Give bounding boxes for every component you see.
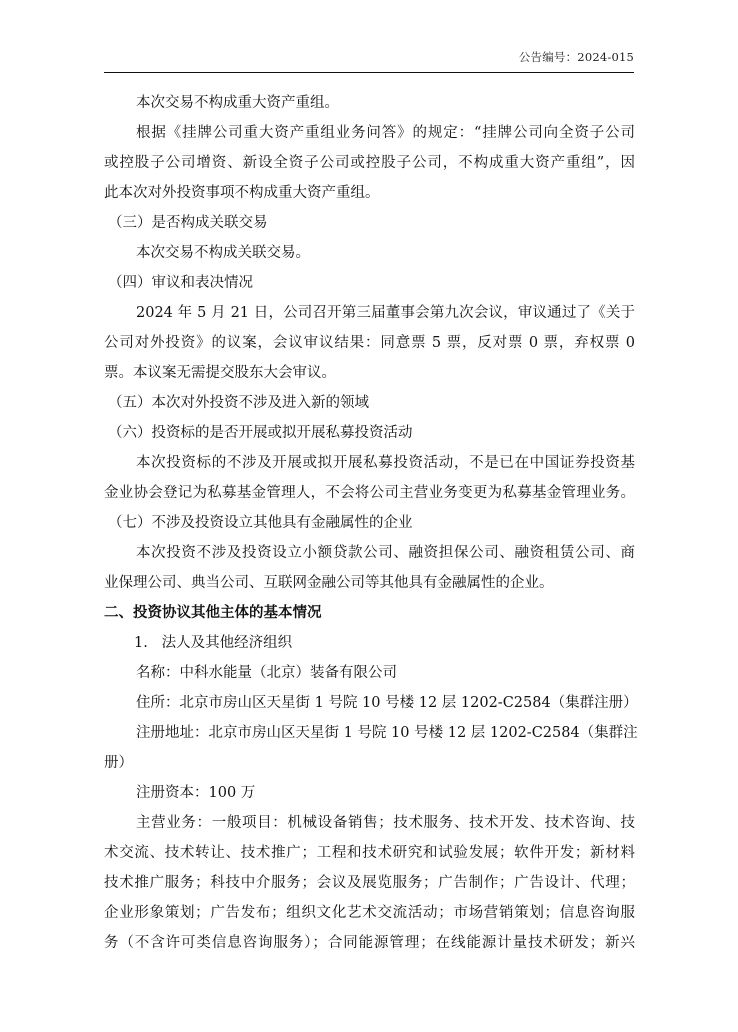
paragraph-line: 2024 年 5 月 21 日，公司召开第三届董事会第九次会议，审议通过了《关于: [104, 298, 635, 328]
main-business: 术交流、技术转让、技术推广；工程和技术研究和试验发展；软件开发；新材料: [104, 838, 635, 868]
subsection-heading: （七）不涉及投资设立其他具有金融属性的企业: [104, 508, 635, 538]
list-item-label: 1. 法人及其他经济组织: [104, 628, 635, 658]
main-business: 技术推广服务；科技中介服务；会议及展览服务；广告制作；广告设计、代理；: [104, 868, 635, 898]
subsection-heading: （四）审议和表决情况: [104, 268, 635, 298]
registered-address: 注册地址：北京市房山区天星街 1 号院 10 号楼 12 层 1202-C258…: [104, 718, 635, 748]
paragraph-line: 本次交易不构成重大资产重组。: [104, 88, 635, 118]
section-title: 二、投资协议其他主体的基本情况: [104, 598, 635, 628]
paragraph-line: 根据《挂牌公司重大资产重组业务问答》的规定：“挂牌公司向全资子公司: [104, 118, 635, 148]
paragraph-line: 本次交易不构成关联交易。: [104, 238, 635, 268]
paragraph-line: 金业协会登记为私募基金管理人，不会将公司主营业务变更为私募基金管理业务。: [104, 478, 635, 508]
subsection-heading: （五）本次对外投资不涉及进入新的领域: [104, 388, 635, 418]
announcement-number: 公告编号：2024-015: [519, 49, 634, 65]
company-name: 名称：中科水能量（北京）装备有限公司: [104, 658, 635, 688]
document-body: 本次交易不构成重大资产重组。 根据《挂牌公司重大资产重组业务问答》的规定：“挂牌…: [104, 88, 635, 958]
subsection-heading: （三）是否构成关联交易: [104, 208, 635, 238]
company-residence: 住所：北京市房山区天星街 1 号院 10 号楼 12 层 1202-C2584（…: [104, 688, 635, 718]
paragraph-line: 公司对外投资》的议案，会议审议结果：同意票 5 票，反对票 0 票，弃权票 0: [104, 328, 635, 358]
document-page: 公告编号：2024-015 本次交易不构成重大资产重组。 根据《挂牌公司重大资产…: [0, 0, 738, 1032]
paragraph-line: 或控股子公司增资、新设全资子公司或控股子公司，不构成重大资产重组”，因: [104, 148, 635, 178]
paragraph-line: 本次投资标的不涉及开展或拟开展私募投资活动，不是已在中国证券投资基: [104, 448, 635, 478]
main-business: 企业形象策划；广告发布；组织文化艺术交流活动；市场营销策划；信息咨询服: [104, 898, 635, 928]
paragraph-line: 票。本议案无需提交股东大会审议。: [104, 358, 635, 388]
header-divider: [104, 72, 634, 73]
main-business: 主营业务：一般项目：机械设备销售；技术服务、技术开发、技术咨询、技: [104, 808, 635, 838]
subsection-heading: （六）投资标的是否开展或拟开展私募投资活动: [104, 418, 635, 448]
paragraph-line: 此本次对外投资事项不构成重大资产重组。: [104, 178, 635, 208]
main-business: 务（不含许可类信息咨询服务）；合同能源管理；在线能源计量技术研发；新兴: [104, 928, 635, 958]
paragraph-line: 业保理公司、典当公司、互联网金融公司等其他具有金融属性的企业。: [104, 568, 635, 598]
paragraph-line: 本次投资不涉及投资设立小额贷款公司、融资担保公司、融资租赁公司、商: [104, 538, 635, 568]
registered-capital: 注册资本：100 万: [104, 778, 635, 808]
registered-address: 册）: [104, 748, 635, 778]
